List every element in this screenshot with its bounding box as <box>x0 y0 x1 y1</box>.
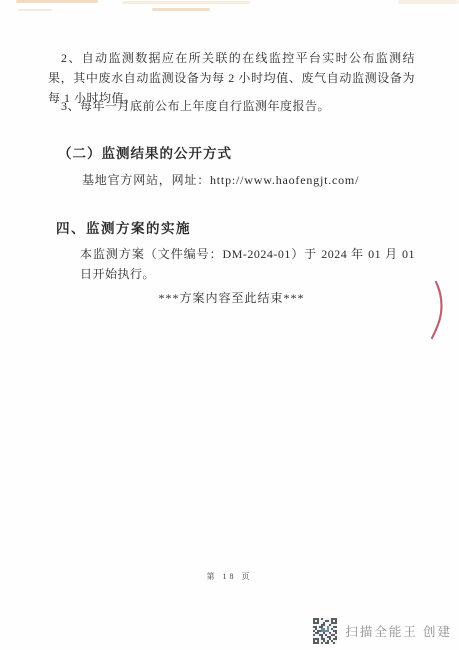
scanned-document-page: 2、自动监测数据应在所关联的在线监控平台实时公布监测结果，其中废水自动监测设备为… <box>0 0 459 650</box>
red-stamp-mark <box>427 280 445 340</box>
paragraph-official-website: 基地官方网站，网址：http://www.haofengjt.com/ <box>82 170 415 190</box>
paragraph-annual-report: 3、每年一月底前公布上年度自行监测年度报告。 <box>48 96 415 116</box>
paragraph-plan-implementation: 本监测方案（文件编号：DM-2024-01）于 2024 年 01 月 01 日… <box>80 244 415 284</box>
scan-artifact <box>18 9 52 11</box>
camscanner-watermark: 扫描全能王 创建 <box>313 618 452 644</box>
scan-artifact <box>16 0 98 3</box>
qr-code-icon <box>313 618 337 644</box>
end-of-plan-marker: ***方案内容至此结束*** <box>48 288 415 308</box>
scan-artifact <box>152 8 210 11</box>
page-number: 第 18 页 <box>0 571 459 582</box>
section-heading-disclosure-method: （二）监测结果的公开方式 <box>58 144 415 164</box>
scan-artifact <box>122 1 250 4</box>
scan-artifact <box>398 0 459 4</box>
camscanner-watermark-label: 扫描全能王 创建 <box>345 622 452 640</box>
section-heading-plan-implementation: 四、监测方案的实施 <box>56 219 415 239</box>
